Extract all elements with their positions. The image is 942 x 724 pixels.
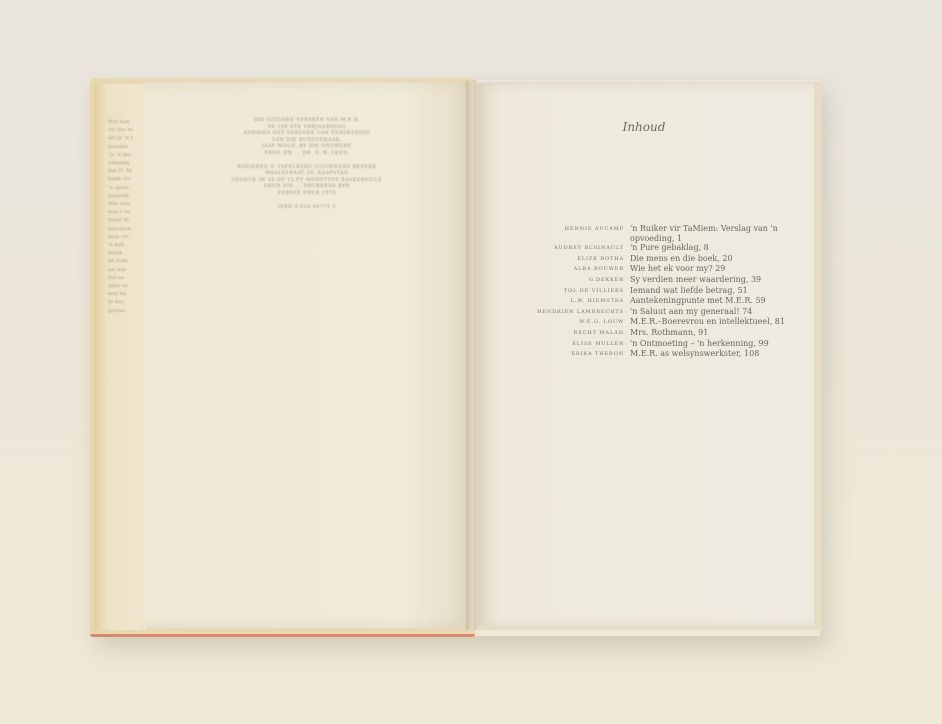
- toc-title: 'n Saluut aan my generaal! 74: [630, 307, 812, 318]
- toc-heading: Inhoud: [474, 120, 814, 134]
- toc-entry: Erika TheronM.E.R. as welsynswerkster, 1…: [512, 349, 812, 360]
- toc-author: Audrey Blignault: [512, 243, 630, 254]
- toc-author: L.W. Hiemstra: [512, 296, 630, 307]
- toc-entry: G.DekkerSy verdien meer waardering, 39: [512, 275, 812, 286]
- flap-text: Wat kan vir die te als jy 'n t moeder 'l…: [108, 118, 146, 315]
- toc-entry: Elise Muller'n Ontmoeting – 'n herkennin…: [512, 339, 812, 350]
- imprint: Die uitgawe verskyn van M.E.R. se 100 st…: [142, 118, 472, 218]
- imprint-line: prof. en ... Dr. D. B. Leen.: [142, 151, 472, 158]
- imprint-line: deur die ... drukkers Bpk: [142, 184, 472, 191]
- imprint-line: Die uitgawe verskyn van M.E.R.: [142, 118, 472, 125]
- right-page: Inhoud Hennie Aucamp'n Ruiker vir TaMiem…: [474, 84, 814, 626]
- toc-title: 'n Ruiker vir TaMiem: Verslag van 'n opv…: [630, 224, 812, 243]
- toc-title: M.E.R.–Boerevrou en intellektueel, 81: [630, 317, 812, 328]
- toc-entry: Tol de VilliersIemand wat liefde betrag,…: [512, 286, 812, 297]
- toc-author: Elise Muller: [512, 339, 630, 350]
- toc-title: Mrs. Rothmann, 91: [630, 328, 812, 339]
- toc-author: G.Dekker: [512, 275, 630, 286]
- toc-title: Wie het ek voor my? 29: [630, 264, 812, 275]
- toc-title: Sy verdien meer waardering, 39: [630, 275, 812, 286]
- toc-entry: L.W. HiemstraAantekeningpunte met M.E.R.…: [512, 296, 812, 307]
- toc-title: 'n Pure gebaklag, 8: [630, 243, 812, 254]
- imprint-line: Jaap Wolo, by die ontwerp,: [142, 144, 472, 151]
- imprint-block-1: Die uitgawe verskyn van M.E.R. se 100 st…: [142, 118, 472, 158]
- toc-entry: Elize BothaDie mens en die boek, 20: [512, 254, 812, 265]
- toc-title: Aantekeningpunte met M.E.R. 59: [630, 296, 812, 307]
- left-page: Die uitgawe verskyn van M.E.R. se 100 st…: [142, 82, 472, 628]
- toc-entry: Audrey Blignault'n Pure gebaklag, 8: [512, 243, 812, 254]
- toc-author: Erika Theron: [512, 349, 630, 360]
- toc-title: Iemand wat liefde betrag, 51: [630, 286, 812, 297]
- imprint-line: Andries het versoek van verskyning: [142, 131, 472, 138]
- toc-author: Hendrien Lambrechts: [512, 307, 630, 318]
- toc-title: Die mens en die boek, 20: [630, 254, 812, 265]
- dust-jacket-flap: Wat kan vir die te als jy 'n t moeder 'l…: [94, 84, 146, 630]
- toc-author: Tol de Villiers: [512, 286, 630, 297]
- imprint-line: Eerste druk 1975: [142, 191, 472, 198]
- toc-author: Recht Malan: [512, 328, 630, 339]
- toc-author: Alba Bouwer: [512, 264, 630, 275]
- toc-title: M.E.R. as welsynswerkster, 108: [630, 349, 812, 360]
- imprint-block-2: Kopiereg © Tafelberg-uitgewers Beperk Wa…: [142, 165, 472, 198]
- toc-entry: Alba BouwerWie het ek voor my? 29: [512, 264, 812, 275]
- toc-entry: W.E.G. LouwM.E.R.–Boerevrou en intellekt…: [512, 317, 812, 328]
- toc-entry: Recht MalanMrs. Rothmann, 91: [512, 328, 812, 339]
- toc-author: Hennie Aucamp: [512, 224, 630, 243]
- toc-author: Elize Botha: [512, 254, 630, 265]
- table-of-contents: Hennie Aucamp'n Ruiker vir TaMiem: Versl…: [512, 224, 812, 360]
- toc-author: W.E.G. Louw: [512, 317, 630, 328]
- book-photo-scene: Wat kan vir die te als jy 'n t moeder 'l…: [0, 0, 942, 724]
- toc-title: 'n Ontmoeting – 'n herkenning, 99: [630, 339, 812, 350]
- isbn: ISBN 0 624 00771 1: [142, 205, 472, 212]
- toc-entry: Hendrien Lambrechts'n Saluut aan my gene…: [512, 307, 812, 318]
- toc-entry: Hennie Aucamp'n Ruiker vir TaMiem: Versl…: [512, 224, 812, 243]
- imprint-line: Waalstraat 28, Kaapstad: [142, 171, 472, 178]
